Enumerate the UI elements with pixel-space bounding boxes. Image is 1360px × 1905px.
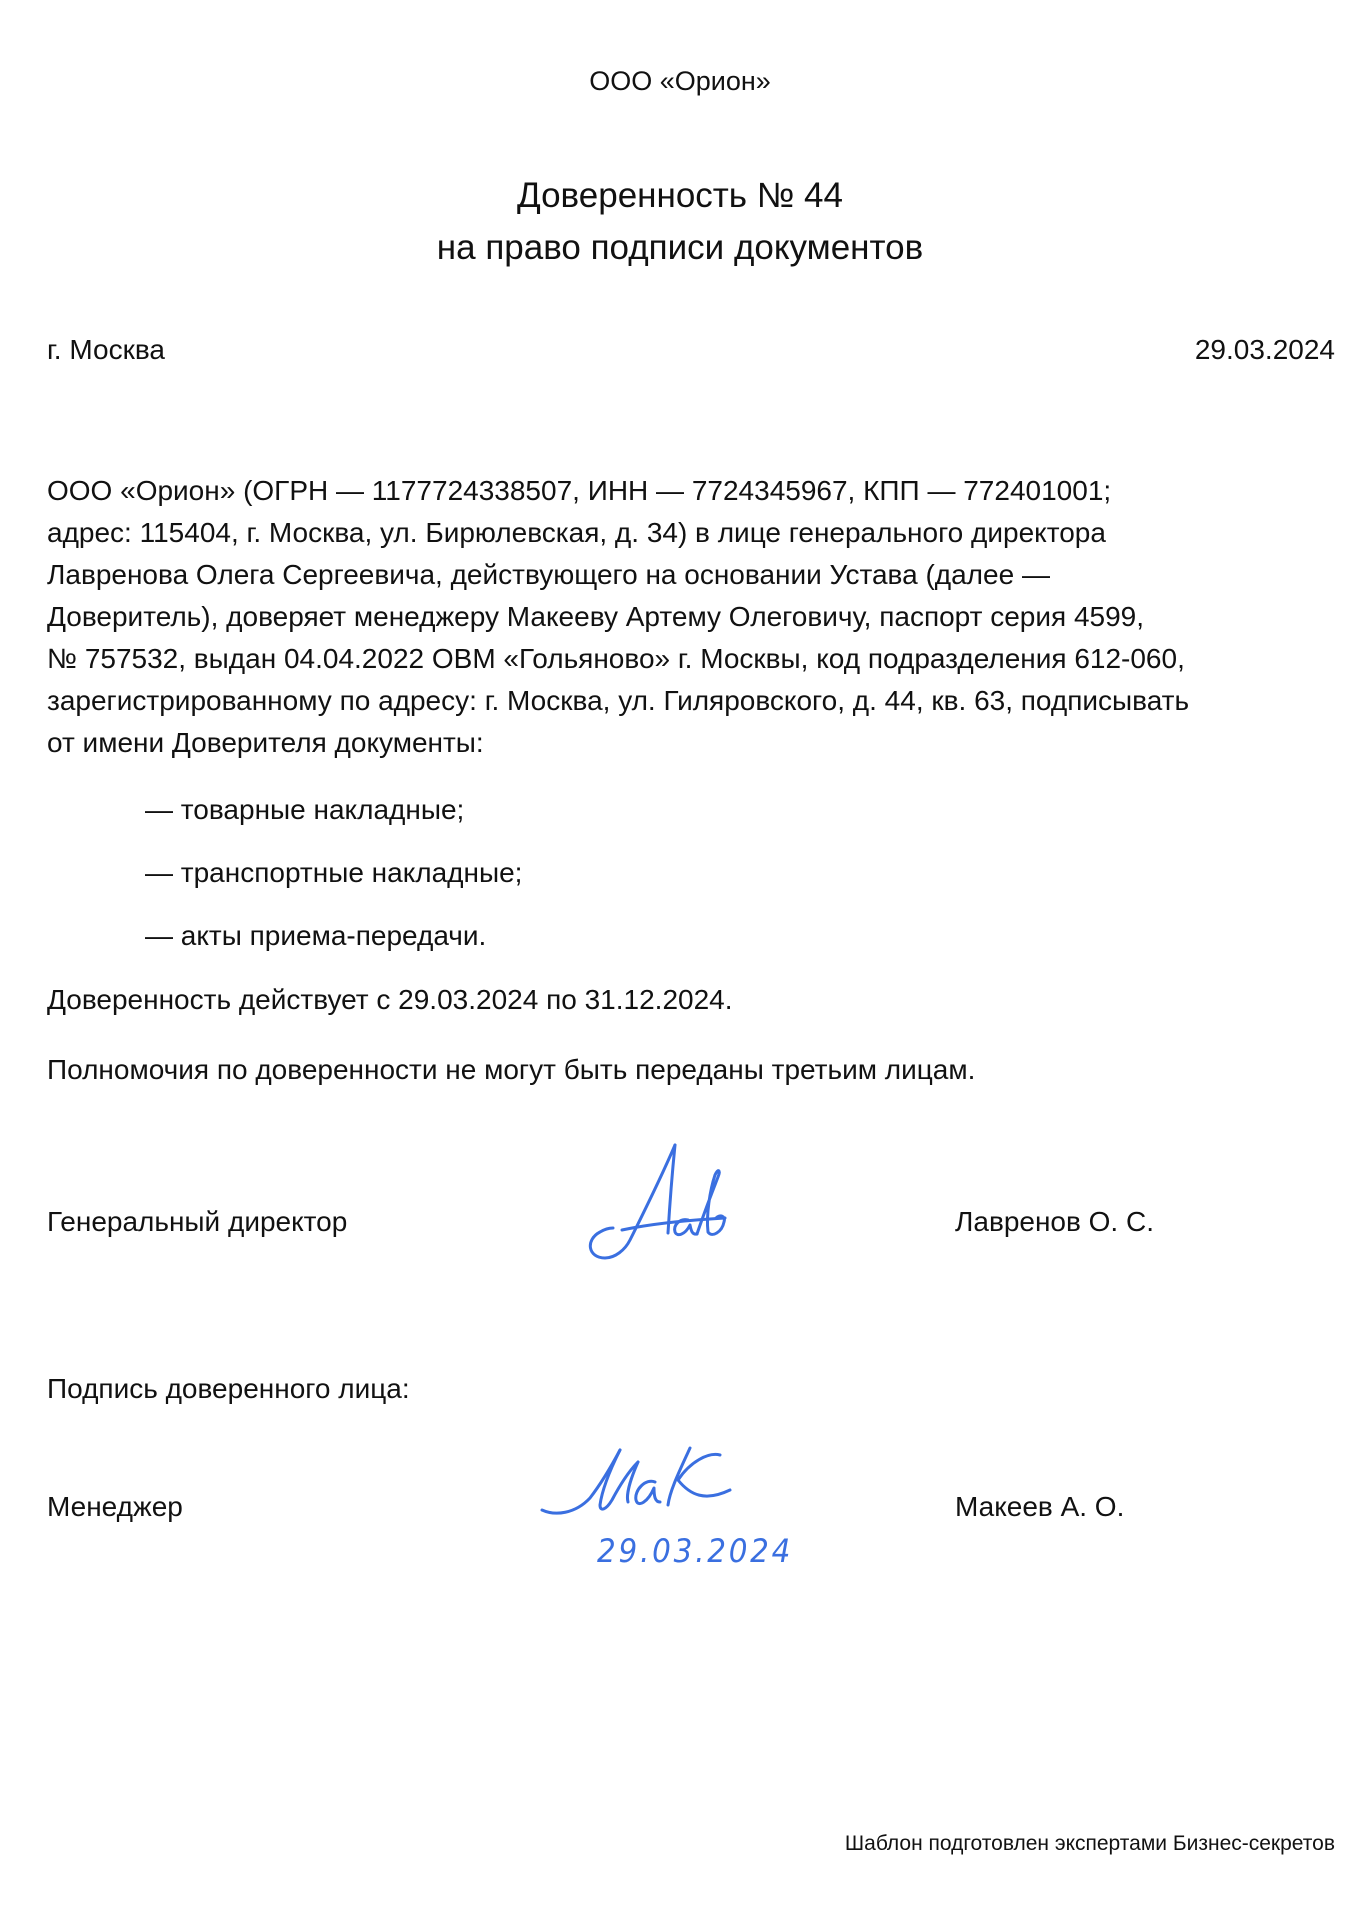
body-paragraph: ООО «Орион» (ОГРН — 1177724338507, ИНН —… <box>47 470 1347 764</box>
attorney-signature-label: Подпись доверенного лица: <box>47 1372 410 1406</box>
body-line: адрес: 115404, г. Москва, ул. Бирюлевска… <box>47 512 1347 554</box>
body-line: № 757532, выдан 04.04.2022 ОВМ «Гольянов… <box>47 638 1347 680</box>
attorney-name: Макеев А. О. <box>955 1490 1124 1524</box>
document-title: Доверенность № 44 на право подписи докум… <box>0 170 1360 274</box>
footer-note: Шаблон подготовлен экспертами Бизнес-сек… <box>845 1831 1335 1857</box>
handwritten-date: 29.03.2024 <box>597 1531 793 1571</box>
document-date: 29.03.2024 <box>1195 333 1335 367</box>
city: г. Москва <box>47 333 165 367</box>
list-item: — товарные накладные; <box>145 793 464 827</box>
list-item: — акты приема-передачи. <box>145 919 486 953</box>
body-line: ООО «Орион» (ОГРН — 1177724338507, ИНН —… <box>47 470 1347 512</box>
principal-role: Генеральный директор <box>47 1205 347 1239</box>
attorney-role: Менеджер <box>47 1490 183 1524</box>
body-line: Лавренова Олега Сергеевича, действующего… <box>47 554 1347 596</box>
principal-name: Лавренов О. С. <box>955 1205 1154 1239</box>
body-line: зарегистрированному по адресу: г. Москва… <box>47 680 1347 722</box>
company-name: ООО «Орион» <box>0 64 1360 98</box>
body-line: Доверитель), доверяет менеджеру Макееву … <box>47 596 1347 638</box>
no-transfer-clause: Полномочия по доверенности не могут быть… <box>47 1053 975 1087</box>
document-title-line-2: на право подписи документов <box>0 222 1360 274</box>
body-line: от имени Доверителя документы: <box>47 722 1347 764</box>
handwritten-signature-mak-icon <box>530 1440 760 1530</box>
document-title-line-1: Доверенность № 44 <box>0 170 1360 222</box>
list-item: — транспортные накладные; <box>145 856 522 890</box>
handwritten-signature-lav-icon <box>560 1140 760 1280</box>
validity-period: Доверенность действует с 29.03.2024 по 3… <box>47 983 733 1017</box>
